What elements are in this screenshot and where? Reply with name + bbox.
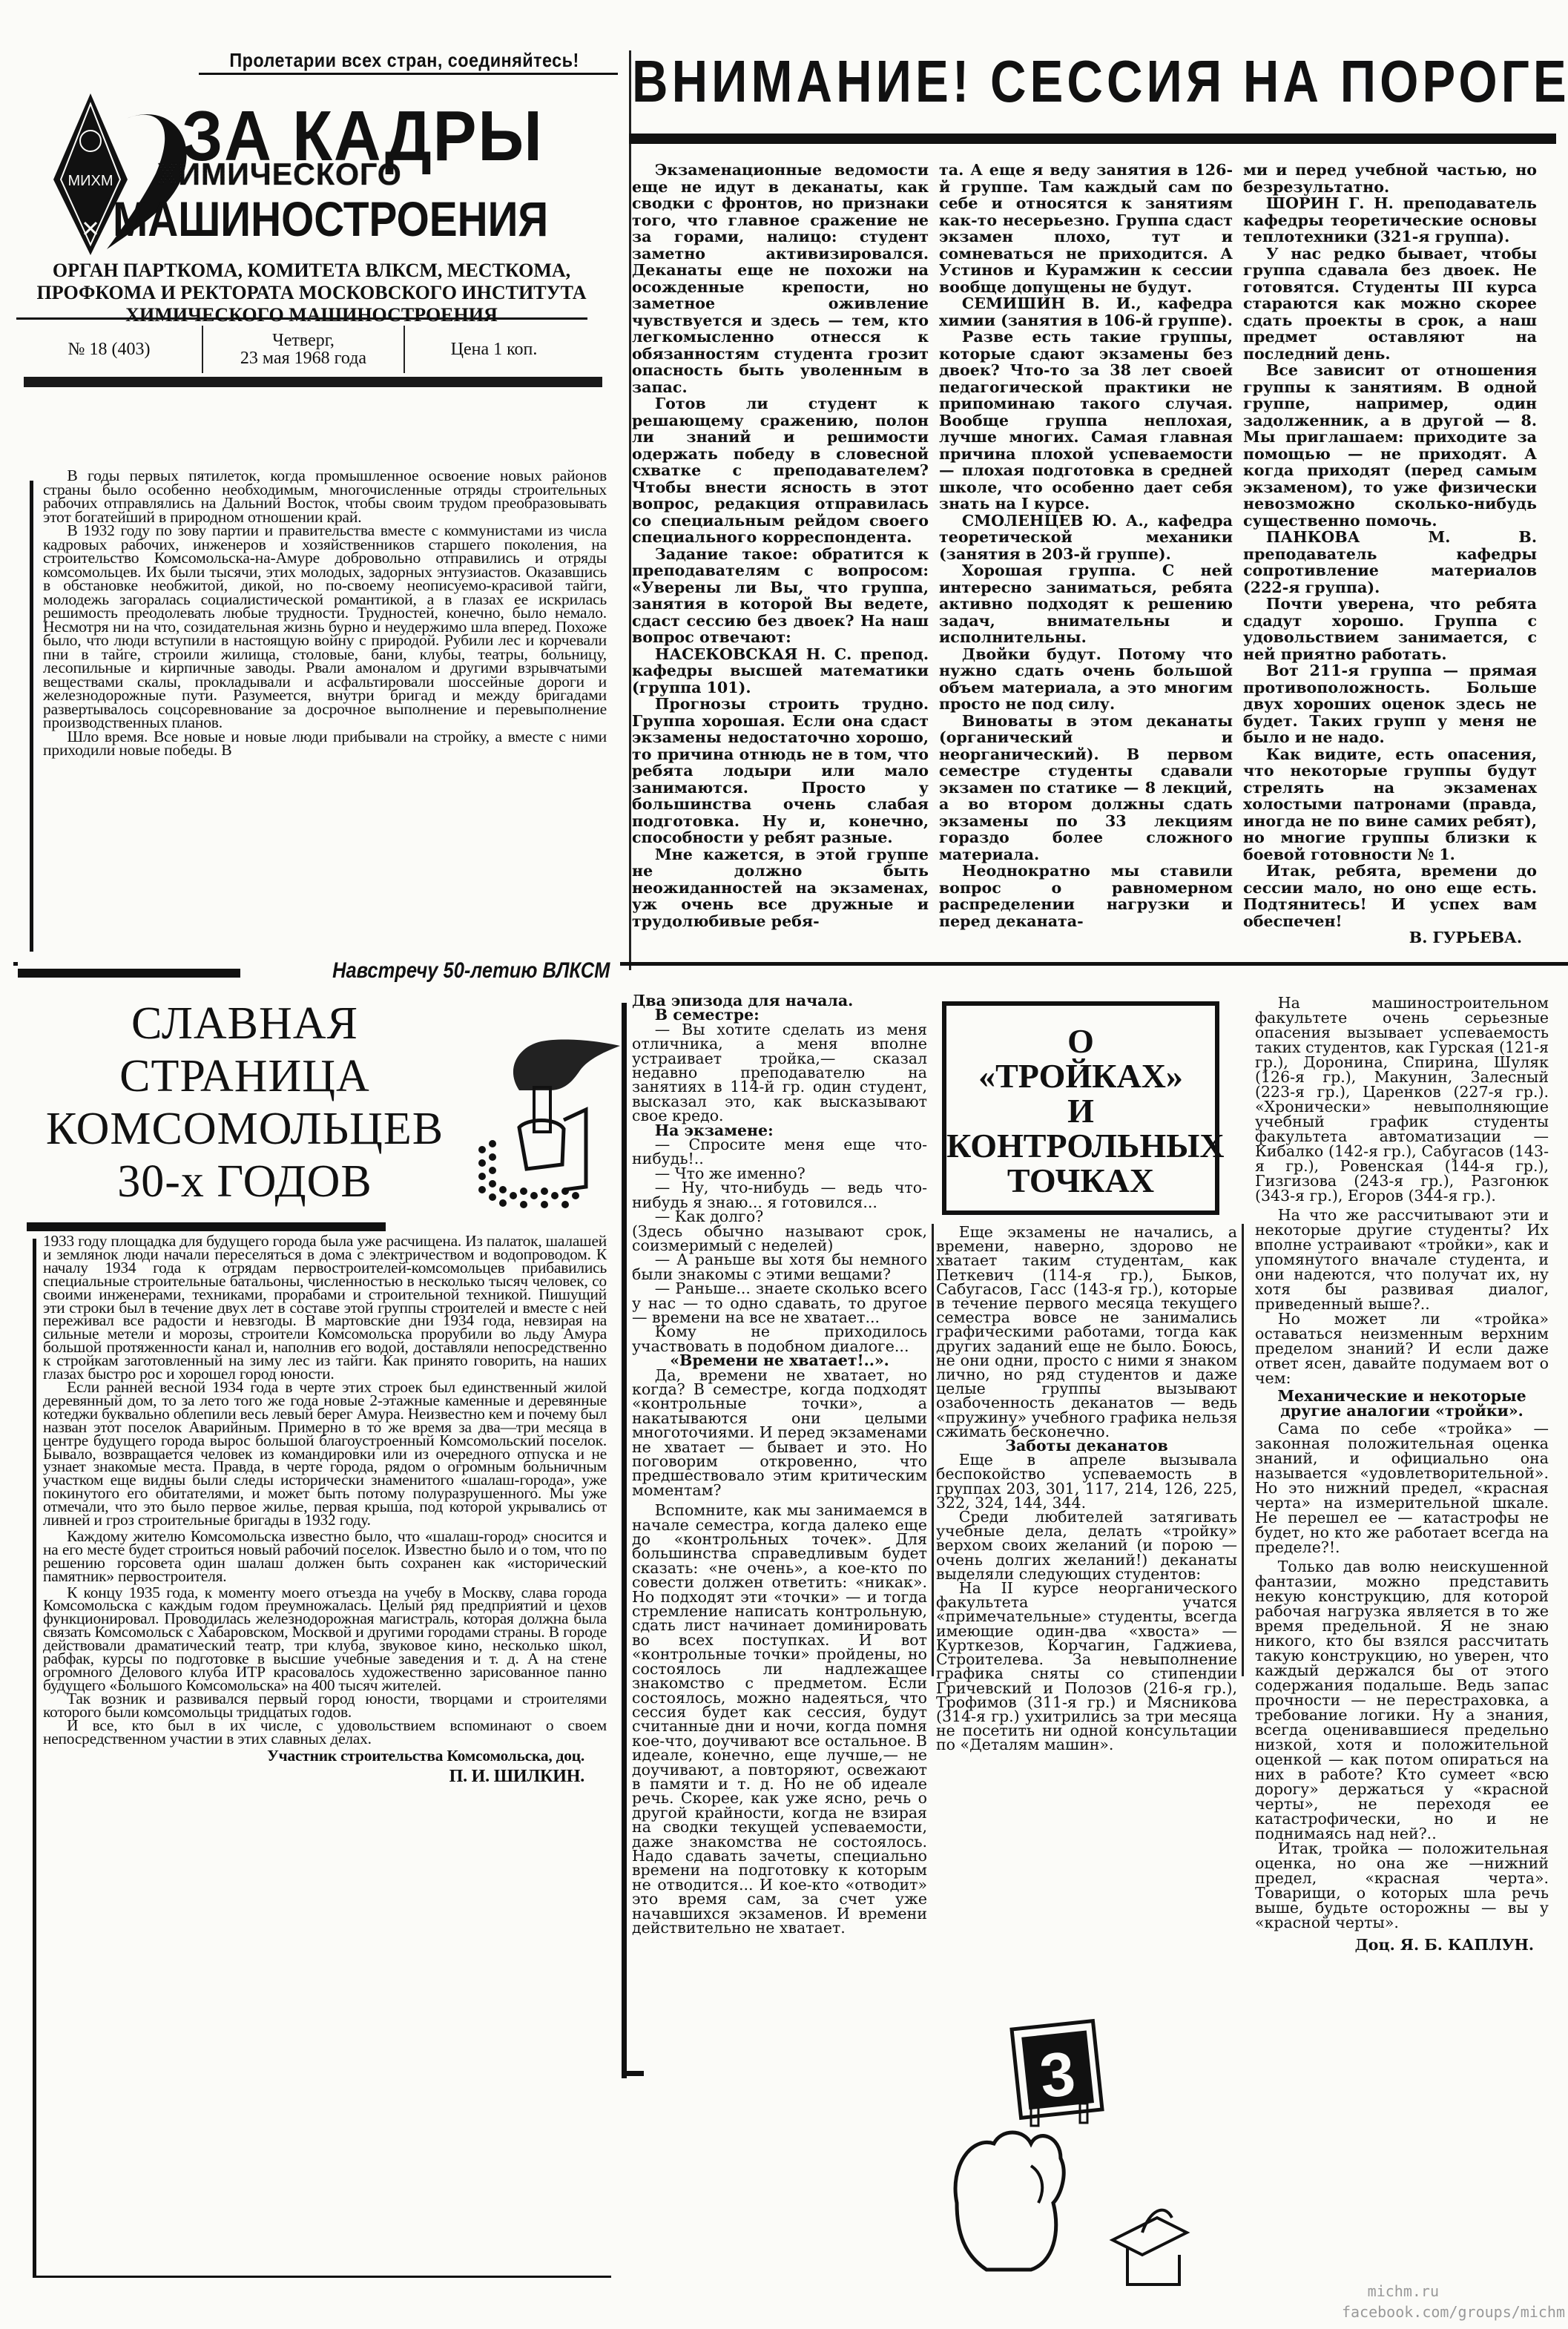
paragraph: та. А еще я веду занятия в 126-й группе.… bbox=[939, 162, 1233, 295]
paragraph: Задание такое: обратится к преподавателя… bbox=[632, 546, 929, 646]
author-signature: П. И. ШИЛКИН. bbox=[43, 1770, 607, 1784]
paragraph: Но может ли «тройка» оставаться неизменн… bbox=[1255, 1311, 1549, 1386]
column-bar bbox=[33, 1239, 36, 2277]
teacher-name: СЕМИШИН В. И., кафедра химии (занятия в … bbox=[939, 295, 1233, 329]
paragraph: В 1932 году по зову партии и правительст… bbox=[43, 524, 607, 730]
paragraph: Хорошая группа. С ней интересно занимать… bbox=[939, 562, 1233, 646]
emblem-text: МИХМ bbox=[67, 173, 113, 189]
komsomol-intro-text: В годы первых пятилеток, когда промышлен… bbox=[43, 469, 607, 757]
cartoon-students-worship-grade-three-icon: 3 bbox=[942, 1995, 1224, 2307]
newspaper-title-line2: ХИМИЧЕСКОГО bbox=[157, 159, 402, 190]
paragraph: Так возник и развивался первый город юно… bbox=[43, 1693, 607, 1719]
headline-bar bbox=[629, 134, 1556, 144]
paragraph: Экзаменационные ведомости еще не идут в … bbox=[632, 162, 929, 395]
paragraph: Мне кажется, в этой группе не должно быт… bbox=[632, 846, 929, 930]
session-article-column-2: та. А еще я веду занятия в 126-й группе.… bbox=[939, 162, 1233, 929]
column-bar-end bbox=[622, 2071, 644, 2076]
dialog-line: — Раньше... знаете сколько всего у нас —… bbox=[632, 1282, 927, 1325]
title-line: «ТРОЙКАХ» bbox=[946, 1058, 1215, 1093]
column-bar bbox=[30, 481, 33, 952]
paragraph: Вспомните, как мы занимаемся в начале се… bbox=[632, 1503, 927, 1935]
paragraph: Прогнозы строить трудно. Группа хорошая.… bbox=[632, 696, 929, 846]
paragraph: Кому не приходилось участвовать в подобн… bbox=[632, 1325, 927, 1354]
paragraph: Если ранней весной 1934 года в черте эти… bbox=[43, 1381, 607, 1527]
rubric-banner: Навстречу 50-летию ВЛКСМ bbox=[18, 958, 620, 985]
teacher-name: СМОЛЕНЦЕВ Ю. А., кафедра теоретической м… bbox=[939, 513, 1233, 563]
paragraph: Все зависит от отношения группы к заняти… bbox=[1243, 362, 1537, 529]
paragraph: На что же рассчитывают эти и некоторые д… bbox=[1255, 1208, 1549, 1311]
troika-article-column-2: Еще экзамены не начались, а времени, нав… bbox=[936, 1225, 1237, 1753]
paragraph: Каждому жителю Комсомольска известно был… bbox=[43, 1530, 607, 1584]
column-bottom-rule bbox=[33, 2276, 611, 2278]
grade-digit: 3 bbox=[1037, 2038, 1078, 2111]
paragraph: Еще экзамены не начались, а времени, нав… bbox=[936, 1225, 1237, 1439]
title-line: О bbox=[946, 1024, 1215, 1058]
meta-rule bbox=[16, 317, 587, 320]
komsomol-article-title: СЛАВНАЯ СТРАНИЦА КОМСОМОЛЬЦЕВ 30-х ГОДОВ bbox=[22, 998, 467, 1208]
title-line: ТОЧКАХ bbox=[946, 1163, 1215, 1198]
paragraph: И все, кто был в их числе, с удовольстви… bbox=[43, 1719, 607, 1746]
column-divider bbox=[629, 50, 631, 970]
watermark: michm.ru facebook.com/groups/michm bbox=[1127, 2281, 1565, 2322]
issue-date: Четверг, 23 мая 1968 года bbox=[203, 332, 403, 367]
title-line: КОНТРОЛЬНЫХ bbox=[946, 1128, 1215, 1163]
troika-article-column-1: Два эпизода для начала. В семестре: — Вы… bbox=[632, 994, 927, 1935]
paragraph: — Вы хотите сделать из меня отличника, а… bbox=[632, 1023, 927, 1124]
slogan-rule bbox=[199, 73, 618, 75]
title-line: СТРАНИЦА bbox=[22, 1050, 467, 1103]
banner-bar bbox=[18, 969, 240, 978]
title-bar bbox=[27, 1222, 386, 1231]
paragraph: Почти уверена, что ребята сдадут хорошо.… bbox=[1243, 596, 1537, 662]
masthead-bottom-bar bbox=[24, 377, 602, 387]
teacher-name: ПАНКОВА М. В. преподаватель кафедры сопр… bbox=[1243, 529, 1537, 596]
paragraph: Виноваты в этом деканаты (органический и… bbox=[939, 713, 1233, 863]
paragraph: Готов ли студент к решающему сражению, п… bbox=[632, 395, 929, 546]
paragraph: Еще в апреле вызывала беспокойство успев… bbox=[936, 1453, 1237, 1510]
column-divider bbox=[932, 1224, 934, 1676]
watermark-group: facebook.com/groups/michm bbox=[1127, 2302, 1565, 2322]
paragraph: В годы первых пятилеток, когда промышлен… bbox=[43, 469, 607, 524]
paragraph: На II курсе неорганического факультета у… bbox=[936, 1581, 1237, 1752]
session-article-column-3: ми и перед учебной частью, но безрезульт… bbox=[1243, 162, 1537, 946]
issue-number: № 18 (403) bbox=[16, 340, 202, 358]
title-line: 30-х ГОДОВ bbox=[22, 1156, 467, 1208]
issue-weekday: Четверг, bbox=[203, 332, 403, 349]
headline: ВНИМАНИЕ! СЕССИЯ НА ПОРОГЕ bbox=[632, 52, 1405, 111]
komsomol-article-text: 1933 году площадка для будущего города б… bbox=[43, 1235, 607, 1784]
paragraph: Как видите, есть опасения, что некоторые… bbox=[1243, 746, 1537, 863]
paragraph: ми и перед учебной частью, но безрезульт… bbox=[1243, 162, 1537, 195]
watermark-site: michm.ru bbox=[1127, 2281, 1565, 2302]
dialog-line: — Ну, что-нибудь — ведь что-нибудь я зна… bbox=[632, 1181, 927, 1210]
torch-hand-icon bbox=[475, 1038, 623, 1216]
title-line: СЛАВНАЯ bbox=[22, 998, 467, 1050]
paragraph: На машиностроительном факультете очень с… bbox=[1255, 995, 1549, 1203]
column-divider bbox=[1242, 1224, 1244, 1676]
paragraph: У нас редко бывает, чтобы группа сдавала… bbox=[1243, 246, 1537, 363]
dialog-line: — Спросите меня еще что-нибудь!.. bbox=[632, 1138, 927, 1167]
paragraph: Итак, ребята, времени до сессии мало, но… bbox=[1243, 863, 1537, 929]
session-article-column-1: Экзаменационные ведомости еще не идут в … bbox=[632, 162, 929, 929]
title-line: КОМСОМОЛЬЦЕВ bbox=[22, 1103, 467, 1156]
dialog-line: — А раньше вы хотя бы немного были знако… bbox=[632, 1253, 927, 1282]
rubric-text: Навстречу 50-летию ВЛКСМ bbox=[332, 958, 610, 984]
author-role: Участник строительства Комсомольска, доц… bbox=[43, 1750, 607, 1763]
paragraph: Шло время. Все новые и новые люди прибыв… bbox=[43, 730, 607, 757]
title-line: И bbox=[946, 1093, 1215, 1128]
author-signature: В. ГУРЬЕВА. bbox=[1243, 929, 1537, 946]
troika-article-title-box: О «ТРОЙКАХ» И КОНТРОЛЬНЫХ ТОЧКАХ bbox=[942, 1001, 1219, 1215]
publisher-line: ОРГАН ПАРТКОМА, КОМИТЕТА ВЛКСМ, МЕСТКОМА… bbox=[15, 260, 608, 326]
issue-price: Цена 1 коп. bbox=[405, 340, 583, 358]
issue-date-text: 23 мая 1968 года bbox=[203, 349, 403, 367]
paragraph: Двойки будут. Потому что нужно сдать оче… bbox=[939, 646, 1233, 713]
paragraph: (Здесь обычно называют срок, соизмеримый… bbox=[632, 1225, 927, 1254]
subheading: Механические и некоторые другие аналогии… bbox=[1255, 1388, 1549, 1418]
teacher-name: ШОРИН Г. Н. преподаватель кафедры теорет… bbox=[1243, 195, 1537, 246]
issue-meta-row: № 18 (403) Четверг, 23 мая 1968 года Цен… bbox=[16, 323, 602, 375]
newspaper-title-line3: МАШИНОСТРОЕНИЯ bbox=[113, 194, 548, 243]
paragraph: Вот 211-я группа — прямая противоположно… bbox=[1243, 662, 1537, 746]
paragraph: Сама по себе «тройка» — законная положит… bbox=[1255, 1421, 1549, 1555]
troika-article-column-3: На машиностроительном факультете очень с… bbox=[1255, 995, 1549, 1952]
paragraph: 1933 году площадка для будущего города б… bbox=[43, 1235, 607, 1381]
paragraph: Да, времени не хватает, но когда? В семе… bbox=[632, 1368, 927, 1498]
author-signature: Доц. Я. Б. КАПЛУН. bbox=[1255, 1937, 1549, 1952]
paragraph: Итак, тройка — положительная оценка, но … bbox=[1255, 1841, 1549, 1930]
column-bar bbox=[622, 1003, 627, 2078]
slogan: Пролетарии всех стран, соединяйтесь! bbox=[208, 49, 602, 72]
paragraph: Неоднократно мы ставили вопрос о равноме… bbox=[939, 863, 1233, 929]
paragraph: Только дав волю неискушенной фантазии, м… bbox=[1255, 1559, 1549, 1841]
paragraph: Среди любителей затягивать учебные дела,… bbox=[936, 1510, 1237, 1581]
paragraph: Разве есть такие группы, которые сдают э… bbox=[939, 329, 1233, 513]
paragraph: К концу 1935 года, к моменту моего отъез… bbox=[43, 1587, 607, 1693]
teacher-name: НАСЕКОВСКАЯ Н. С. препод. кафедры высшей… bbox=[632, 646, 929, 696]
